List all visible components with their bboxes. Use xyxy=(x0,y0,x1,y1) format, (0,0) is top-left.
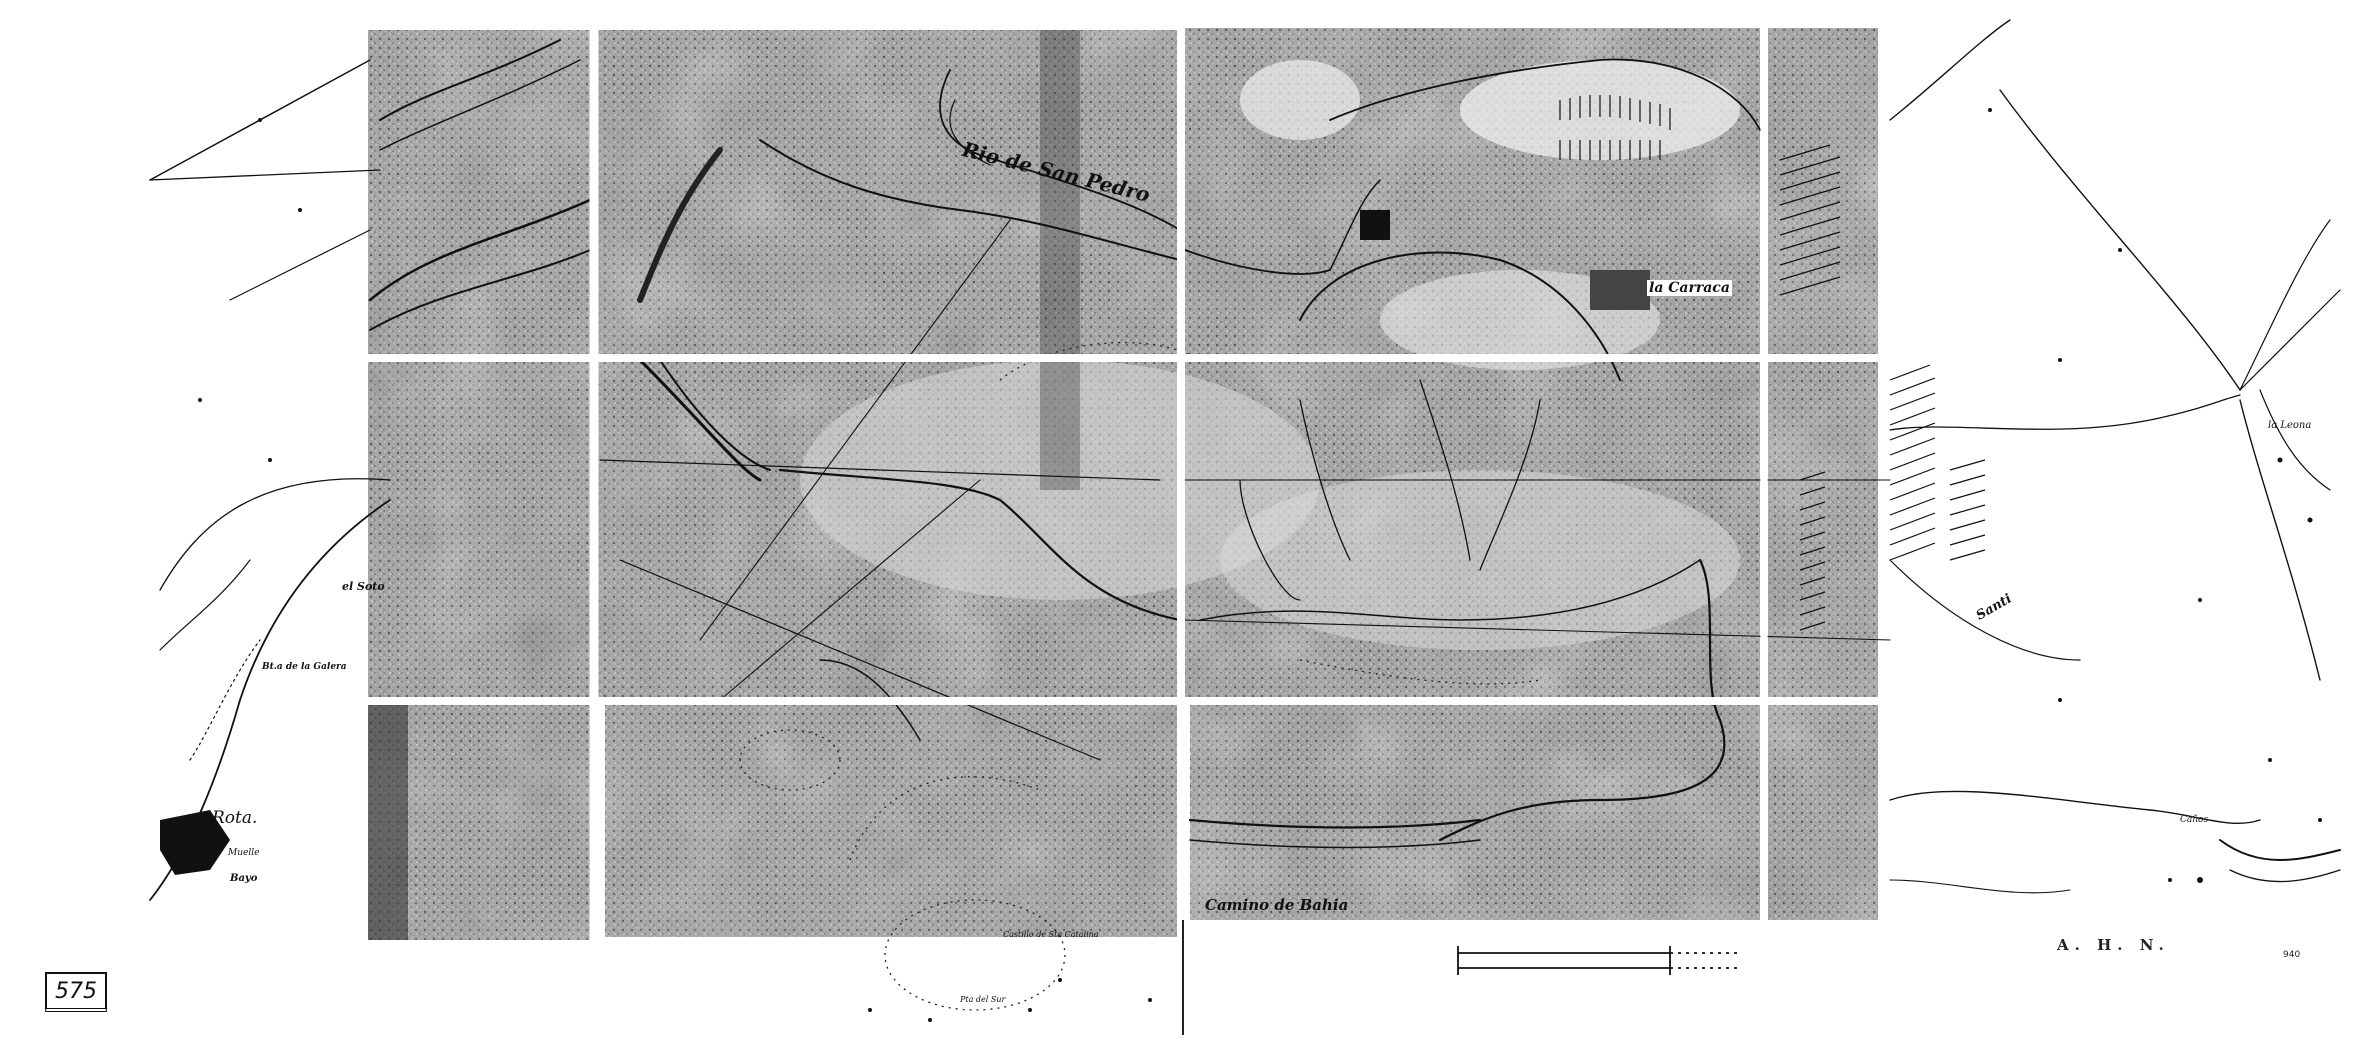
catalog-number: 575 xyxy=(45,972,107,1012)
label-punta-sur: Pta del Sur xyxy=(960,995,1005,1004)
label-la-carraca: la Carraca xyxy=(1647,280,1732,296)
label-el-soto: el Soto xyxy=(342,580,385,593)
label-la-leona: la Leona xyxy=(2268,420,2311,431)
label-bateria-galera: Bt.a de la Galera xyxy=(262,662,347,672)
label-bayo: Bayo xyxy=(230,873,257,884)
scale-bar xyxy=(1458,946,1740,975)
label-camino: Camino de Bahia xyxy=(1205,896,1348,914)
map-canvas xyxy=(0,0,2356,1059)
archive-stamp: A. H. N. xyxy=(2057,936,2170,954)
label-muelle: Muelle xyxy=(228,848,259,858)
label-canos: Caños xyxy=(2180,815,2208,825)
archive-stamp-number: 940 xyxy=(2283,950,2300,960)
label-rota: Rota. xyxy=(212,808,257,828)
label-castillo: Castillo de Sta Catalina xyxy=(1003,930,1099,939)
